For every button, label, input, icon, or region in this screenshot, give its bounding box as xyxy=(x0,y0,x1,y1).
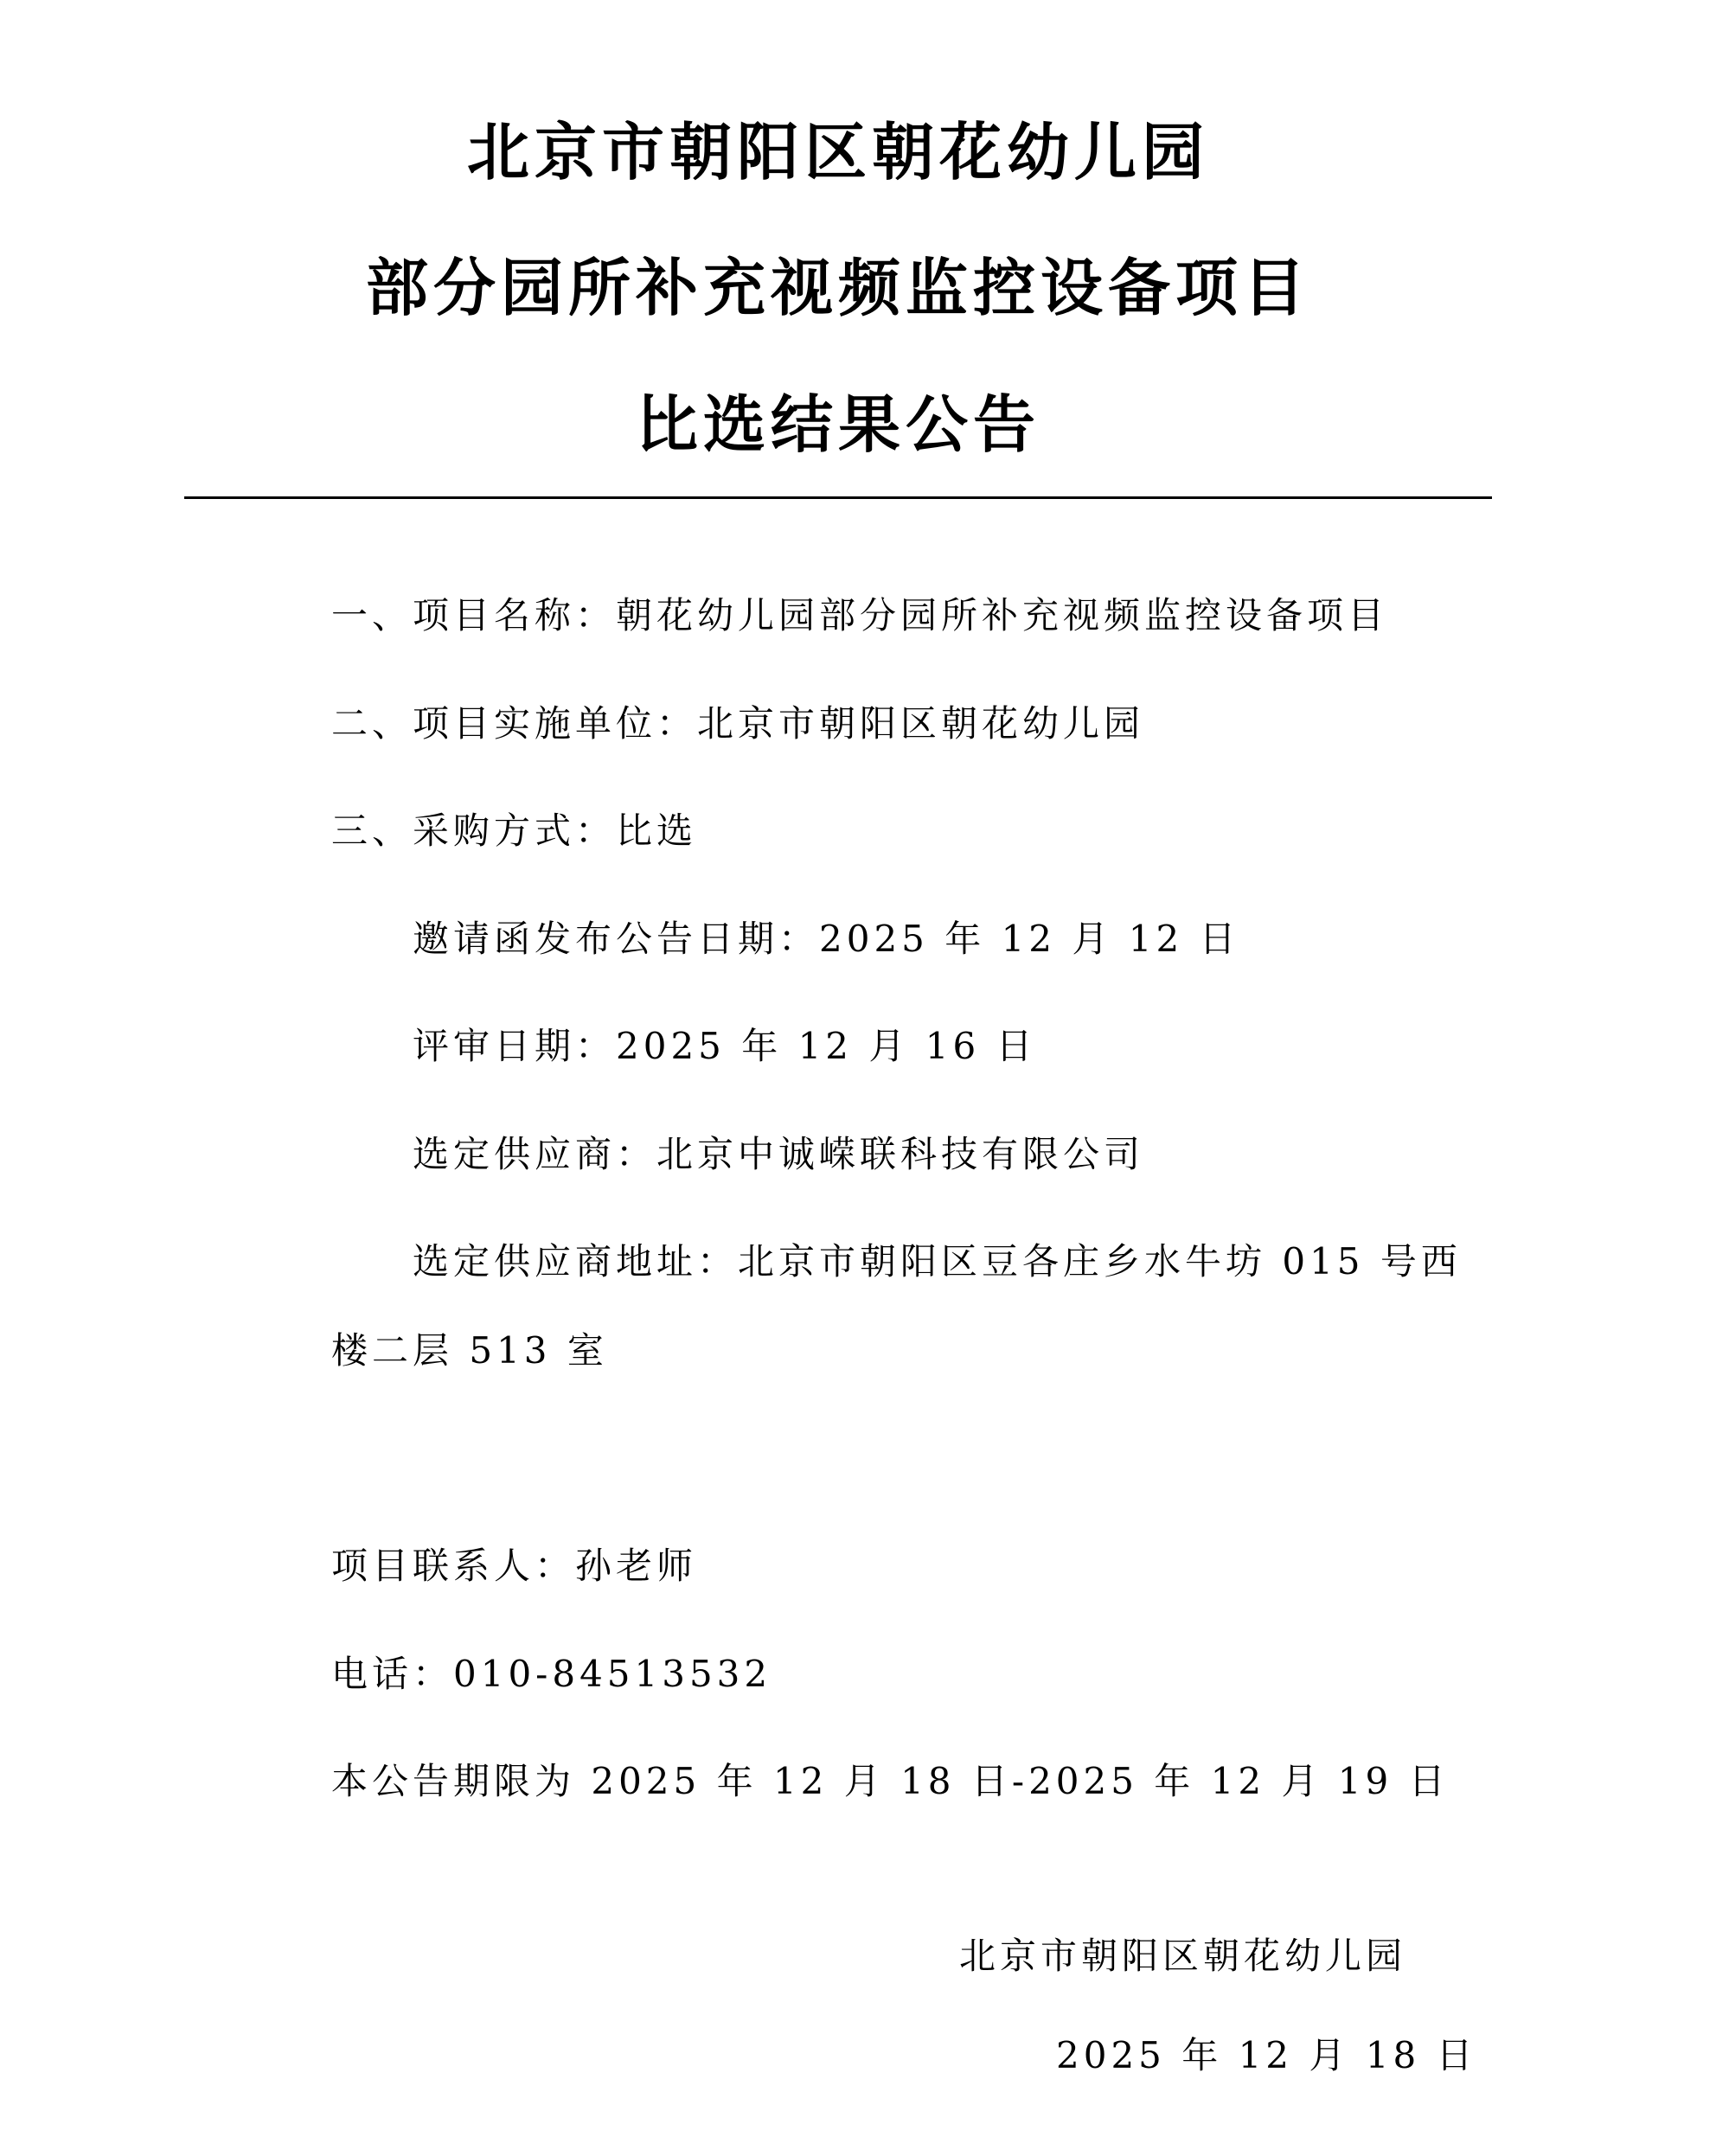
document-title-line-3: 比选结果公告 xyxy=(184,390,1492,459)
project-name: 一、项目名称：朝花幼儿园部分园所补充视频监控设备项目 xyxy=(331,571,1499,660)
selected-supplier: 选定供应商：北京中诚嵘联科技有限公司 xyxy=(331,1110,1499,1199)
procurement-method: 三、采购方式：比选 xyxy=(331,786,1499,875)
implementing-unit: 二、项目实施单位：北京市朝阳区朝花幼儿园 xyxy=(331,679,1499,768)
supplier-address: 选定供应商地址：北京市朝阳区豆各庄乡水牛坊 015 号西楼二层 513 室 xyxy=(331,1217,1499,1395)
blank-spacer xyxy=(331,1414,1499,1503)
document-title-line-2: 部分园所补充视频监控设备项目 xyxy=(184,253,1492,323)
contact-phone: 电话：010-84513532 xyxy=(331,1629,1499,1718)
announcement-period: 本公告期限为 2025 年 12 月 18 日-2025 年 12 月 19 日 xyxy=(331,1737,1499,1826)
signature-organization: 北京市朝阳区朝花幼儿园 xyxy=(959,1930,1406,1982)
document-body: 一、项目名称：朝花幼儿园部分园所补充视频监控设备项目 二、项目实施单位：北京市朝… xyxy=(331,571,1499,1845)
signature-date: 2025 年 12 月 18 日 xyxy=(1056,2030,1477,2082)
title-divider xyxy=(184,496,1492,499)
review-date: 评审日期：2025 年 12 月 16 日 xyxy=(331,1001,1499,1091)
document-title-line-1: 北京市朝阳区朝花幼儿园 xyxy=(184,118,1492,187)
contact-person: 项目联系人：孙老师 xyxy=(331,1521,1499,1610)
invitation-date: 邀请函发布公告日期：2025 年 12 月 12 日 xyxy=(331,894,1499,983)
